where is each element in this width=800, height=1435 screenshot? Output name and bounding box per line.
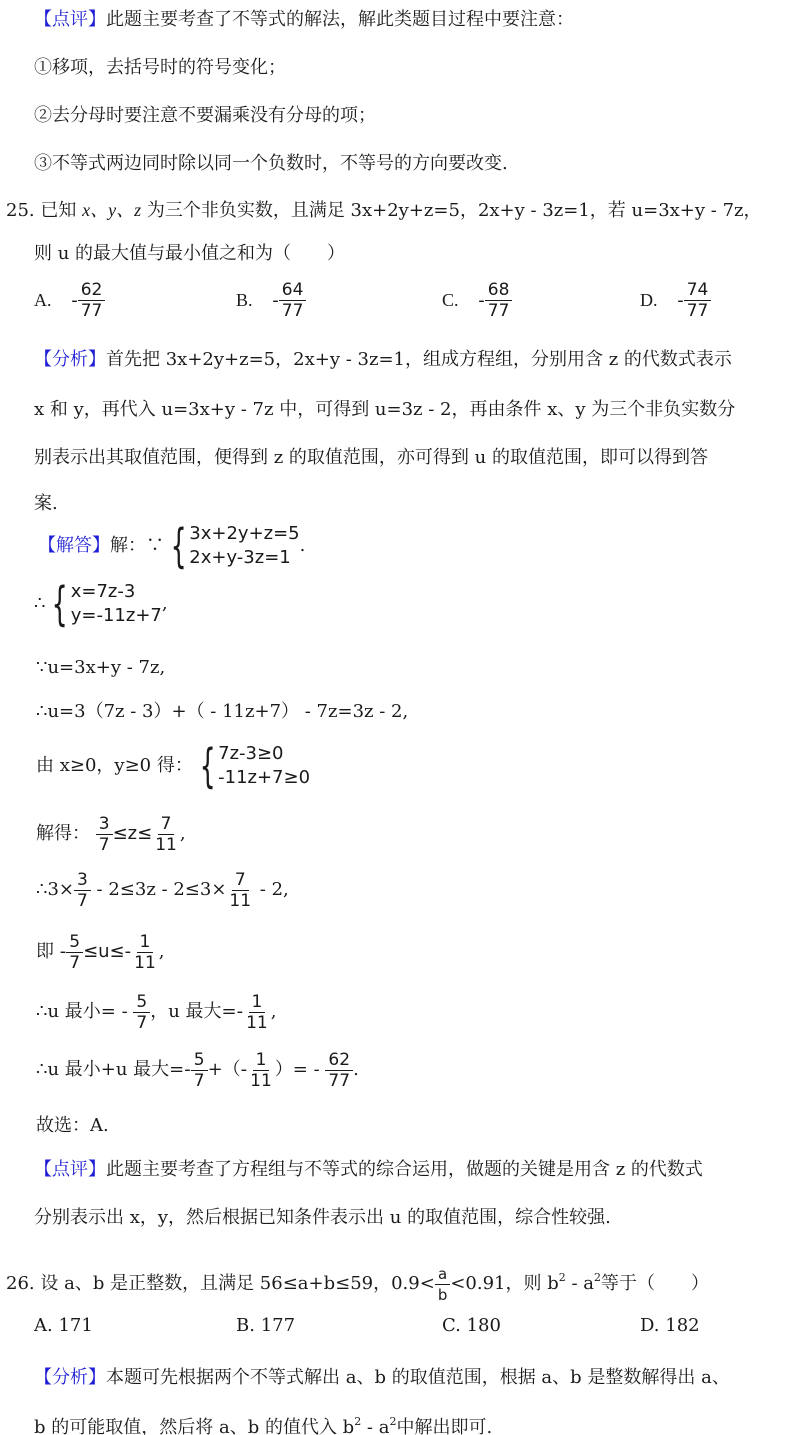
analysis-text: 首先把 3x+2y+z=5，2x+y - 3z=1，组成方程组，分别用含 z 的…	[106, 349, 732, 370]
option-label: C.	[442, 290, 459, 310]
q25-stem-line1: 25. 已知 x、y、z 为三个非负实数，且满足 3x+2y+z=5，2x+y …	[6, 198, 762, 223]
therefore-symbol: ∴	[34, 592, 45, 616]
equation-system-1: { 3x+2y+z=52x+y-3z=1	[164, 522, 300, 570]
equation-system-2: { x=7z-3y=-11z+7	[45, 580, 161, 628]
solution-line-sub: ∴u=3（7z - 3）+（ - 11z+7） - 7z=3z - 2,	[36, 700, 408, 724]
q26-option-d[interactable]: D. 182	[640, 1314, 700, 1338]
solution-tag: 【解答】	[38, 534, 110, 558]
q26-stem: 26. 设 a、b 是正整数，且满足 56≤a+b≤59，0.9<ab<0.91…	[6, 1256, 709, 1306]
stem-text: 为三个非负实数，且满足 3x+2y+z=5，2x+y - 3z=1，若 u=3x…	[147, 200, 762, 221]
q25-option-a[interactable]: A. -6277	[34, 280, 105, 321]
comment-text: 此题主要考查了方程组与不等式的综合运用，做题的关键是用含 z 的代数式	[106, 1159, 703, 1180]
q25-option-c[interactable]: C. -6877	[442, 280, 512, 321]
q26-option-a[interactable]: A. 171	[34, 1314, 93, 1338]
q25-analysis-line1: 【分析】首先把 3x+2y+z=5，2x+y - 3z=1，组成方程组，分别用含…	[34, 348, 732, 372]
solution-line2: ∴ { x=7z-3y=-11z+7 ,	[34, 580, 168, 628]
punct: ,	[162, 592, 168, 616]
analysis-tag: 【分析】	[34, 349, 106, 370]
q26-analysis-line2: b 的可能取值，然后将 a、b 的值代入 b2 - a2中解出即可.	[34, 1410, 492, 1435]
option-fraction: 6877	[485, 280, 513, 321]
punct: .	[300, 534, 306, 558]
comment-tag: 【点评】	[34, 9, 106, 30]
question-number: 26.	[6, 1273, 35, 1294]
solution-intro: 解：∵	[110, 534, 164, 558]
solution-line1: 【解答】 解：∵ { 3x+2y+z=52x+y-3z=1 .	[38, 522, 305, 570]
solution-line-minmax: ∴u 最小= - 57，u 最大=-111,	[36, 988, 276, 1036]
option-fraction: 6477	[279, 280, 307, 321]
stem-text: 已知	[40, 200, 76, 221]
solution-choice: 故选：A.	[36, 1114, 109, 1138]
analysis-text: 本题可先根据两个不等式解出 a、b 的取值范围，根据 a、b 是整数解得出 a、	[106, 1367, 730, 1388]
solution-line-cond: 由 x≥0，y≥0 得： { 7z-3≥0-11z+7≥0	[36, 742, 310, 790]
stem-vars: x、y、z	[82, 200, 141, 220]
solution-line-urange: 即 -57≤u≤-111,	[36, 928, 165, 976]
q25-comment-line2: 分别表示出 x，y，然后根据已知条件表示出 u 的取值范围，综合性较强.	[34, 1206, 611, 1230]
question-number: 25.	[6, 200, 35, 221]
q26-option-c[interactable]: C. 180	[442, 1314, 501, 1338]
q25-stem-line2: 则 u 的最大值与最小值之和为（ ）	[34, 242, 345, 266]
prev-comment-line: 【点评】此题主要考查了不等式的解法，解此类题目过程中要注意：	[34, 8, 574, 32]
q25-comment-line1: 【点评】此题主要考查了方程组与不等式的综合运用，做题的关键是用含 z 的代数式	[34, 1158, 703, 1182]
solution-line-mult: ∴3×37 - 2≤3z - 2≤3×711 - 2,	[36, 866, 289, 914]
comment-point-1: ①移项，去括号时的符号变化；	[34, 56, 286, 80]
q25-option-b[interactable]: B. -6477	[236, 280, 306, 321]
option-label: D.	[640, 290, 658, 310]
comment-text: 此题主要考查了不等式的解法，解此类题目过程中要注意：	[106, 9, 574, 30]
comment-point-2: ②去分母时要注意不要漏乘没有分母的项；	[34, 104, 376, 128]
q25-analysis-line4: 案.	[34, 492, 58, 516]
comment-point-3: ③不等式两边同时除以同一个负数时，不等号的方向要改变.	[34, 152, 508, 176]
q26-option-b[interactable]: B. 177	[236, 1314, 295, 1338]
q25-analysis-line2: x 和 y，再代入 u=3x+y - 7z 中，可得到 u=3z - 2，再由条…	[34, 398, 735, 422]
solution-line-sum: ∴u 最小+u 最大=-57+（-111）= - 6277.	[36, 1046, 359, 1094]
option-fraction: 6277	[78, 280, 106, 321]
option-label: B.	[236, 290, 253, 310]
q25-analysis-line3: 别表示出其取值范围，便得到 z 的取值范围，亦可得到 u 的取值范围，即可以得到…	[34, 446, 708, 470]
solution-line-zrange: 解得： 37≤z≤711,	[36, 810, 186, 858]
option-fraction: 7477	[684, 280, 712, 321]
q26-analysis-line1: 【分析】本题可先根据两个不等式解出 a、b 的取值范围，根据 a、b 是整数解得…	[34, 1366, 730, 1390]
cond-text: 由 x≥0，y≥0 得：	[36, 754, 193, 778]
analysis-tag: 【分析】	[34, 1367, 106, 1388]
inequality-system: { 7z-3≥0-11z+7≥0	[193, 742, 310, 790]
solve-text: 解得：	[36, 823, 90, 844]
q25-option-d[interactable]: D. -7477	[640, 280, 711, 321]
solution-line-u: ∵u=3x+y - 7z,	[36, 656, 165, 680]
comment-tag: 【点评】	[34, 1159, 106, 1180]
option-label: A.	[34, 290, 52, 310]
